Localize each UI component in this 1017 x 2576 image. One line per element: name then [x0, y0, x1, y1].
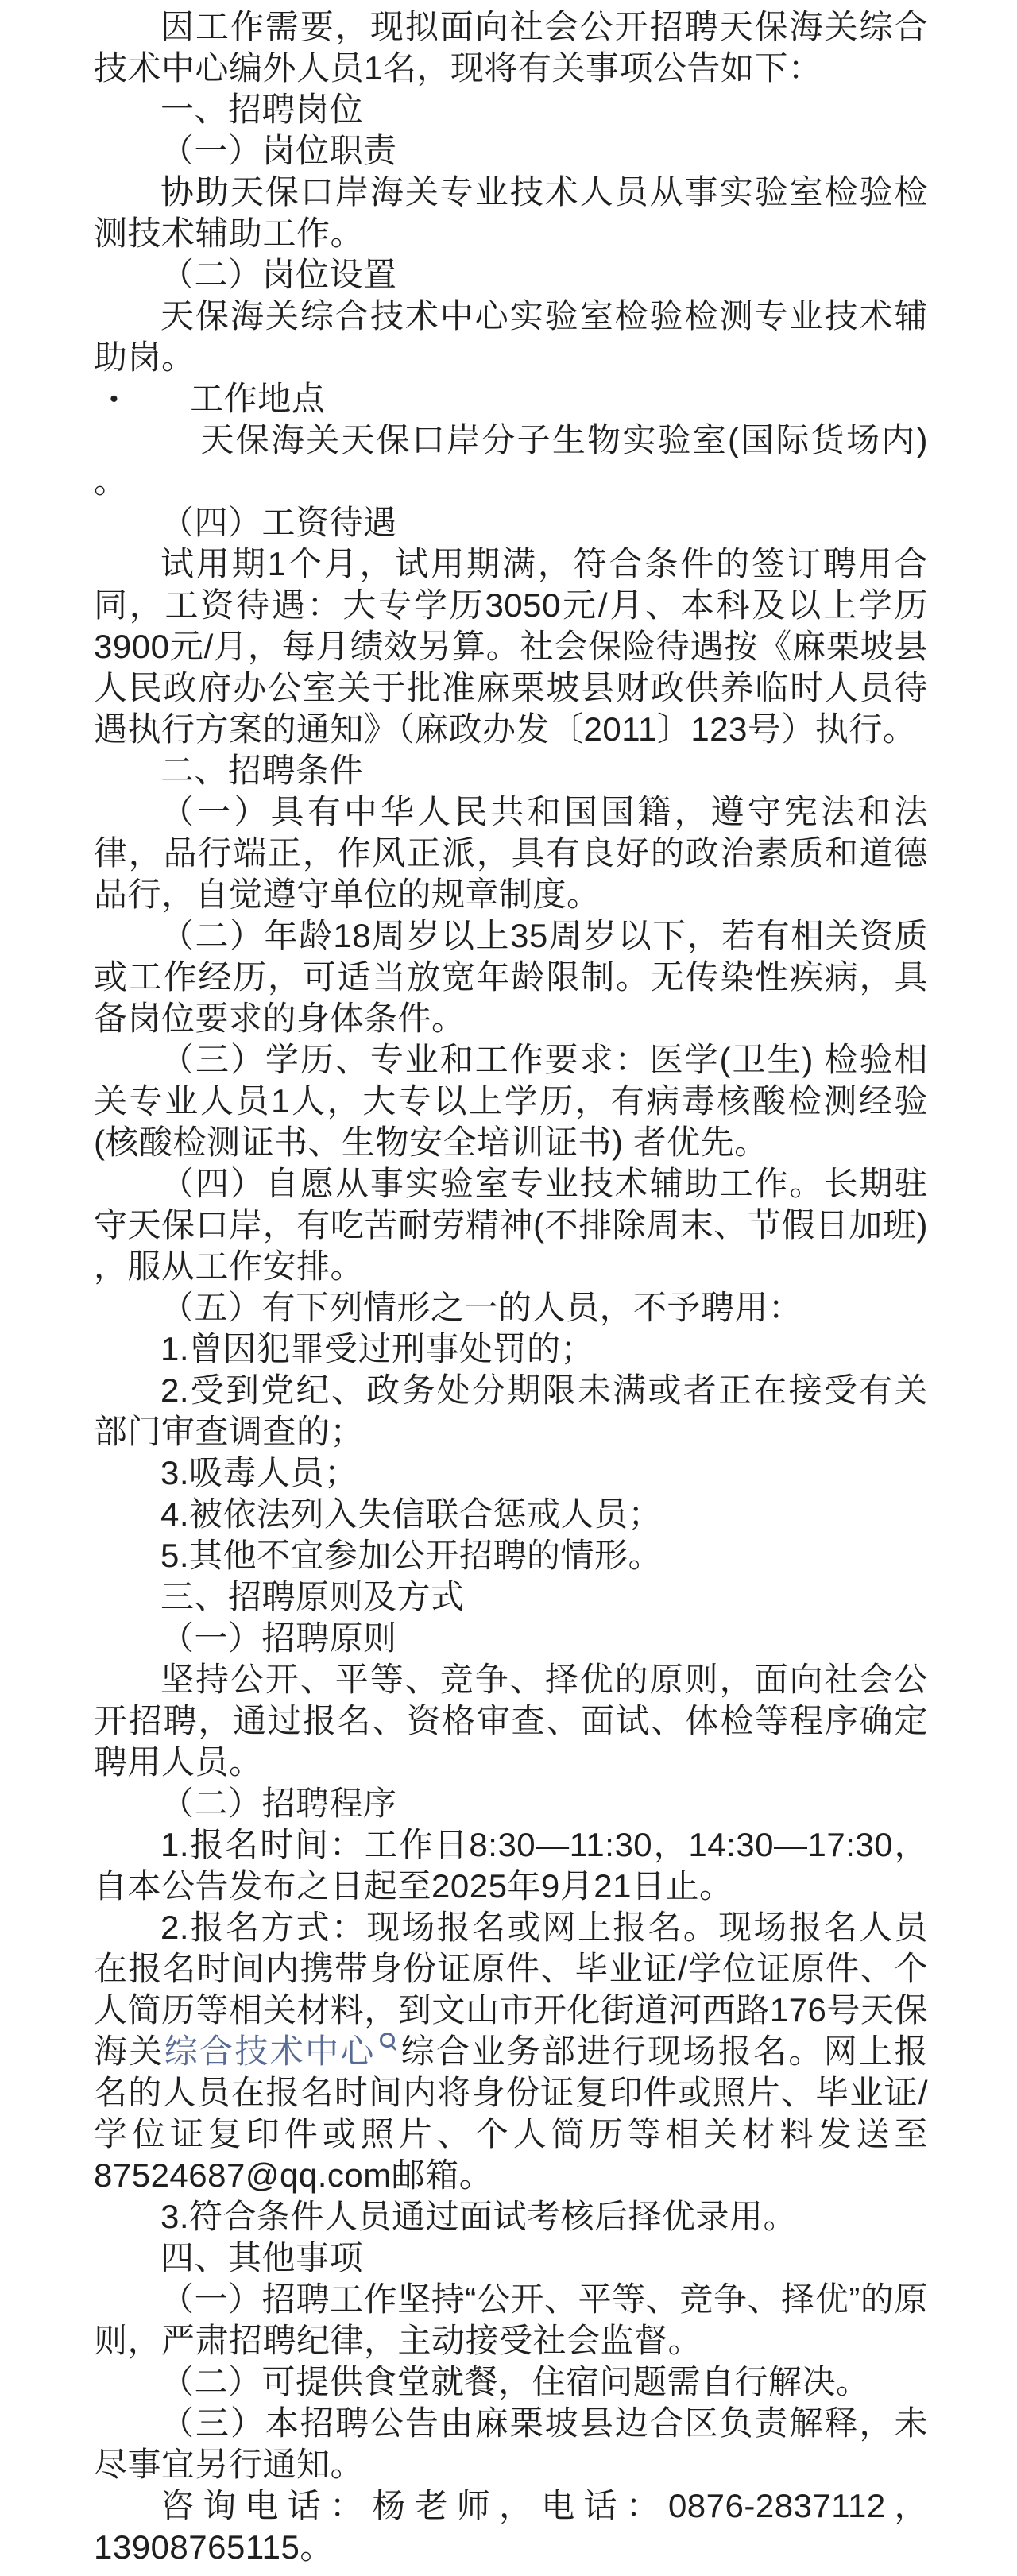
sub-heading: （二）岗位设置 — [94, 254, 928, 296]
paragraph: 天保海关综合技术中心实验室检验检测专业技术辅助岗。 — [94, 296, 928, 378]
intro-paragraph: 因工作需要，现拟面向社会公开招聘天保海关综合技术中心编外人员1名，现将有关事项公… — [94, 6, 928, 89]
tech-center-link[interactable]: 综合技术中心 — [164, 2033, 376, 2070]
list-item: 1.曾因犯罪受过刑事处罚的； — [94, 1329, 928, 1370]
bullet-item-work-location: •工作地点 — [94, 378, 928, 420]
document-body: 因工作需要，现拟面向社会公开招聘天保海关综合技术中心编外人员1名，现将有关事项公… — [0, 0, 1017, 2576]
list-item-with-link: 2.报名方式：现场报名或网上报名。现场报名人员在报名时间内携带身份证原件、毕业证… — [94, 1907, 928, 2196]
list-item: 3.吸毒人员； — [94, 1452, 928, 1494]
paragraph: （一）招聘工作坚持“公开、平等、竞争、择优”的原则，严肃招聘纪律，主动接受社会监… — [94, 2279, 928, 2361]
sub-heading: （一）岗位职责 — [94, 130, 928, 172]
list-item: 4.被依法列入失信联合惩戒人员； — [94, 1494, 928, 1535]
list-item: 5.其他不宜参加公开招聘的情形。 — [94, 1535, 928, 1576]
list-item: 2.受到党纪、政务处分期限未满或者正在接受有关部门审查调查的； — [94, 1370, 928, 1452]
paragraph: 坚持公开、平等、竞争、择优的原则，面向社会公开招聘，通过报名、资格审查、面试、体… — [94, 1659, 928, 1783]
paragraph: （三）学历、专业和工作要求：医学(卫生) 检验相关专业人员1人，大专以上学历，有… — [94, 1039, 928, 1163]
search-icon[interactable] — [380, 2033, 397, 2050]
contact-paragraph: 咨询电话：杨老师，电话：0876-2837112，13908765115。 — [94, 2485, 928, 2568]
paragraph: 试用期1个月，试用期满，符合条件的签订聘用合同，工资待遇：大专学历3050元/月… — [94, 543, 928, 750]
sub-heading: （一）招聘原则 — [94, 1618, 928, 1659]
section-heading-2: 二、招聘条件 — [94, 750, 928, 791]
section-heading-1: 一、招聘岗位 — [94, 89, 928, 130]
paragraph: 天保海关天保口岸分子生物实验室(国际货场内) 。 — [94, 420, 928, 502]
paragraph: （二）可提供食堂就餐，住宿问题需自行解决。 — [94, 2361, 928, 2403]
list-item: 1.报名时间：工作日8:30—11:30，14:30—17:30，自本公告发布之… — [94, 1824, 928, 1907]
bullet-label: 工作地点 — [190, 380, 325, 417]
section-heading-4: 四、其他事项 — [94, 2238, 928, 2279]
paragraph: （五）有下列情形之一的人员，不予聘用： — [94, 1287, 928, 1329]
paragraph: （二）年龄18周岁以上35周岁以下，若有相关资质或工作经历，可适当放宽年龄限制。… — [94, 915, 928, 1039]
paragraph: （四）自愿从事实验室专业技术辅助工作。长期驻守天保口岸，有吃苦耐劳精神(不排除周… — [94, 1163, 928, 1287]
section-heading-3: 三、招聘原则及方式 — [94, 1576, 928, 1618]
sub-heading: （二）招聘程序 — [94, 1783, 928, 1824]
paragraph: 协助天保口岸海关专业技术人员从事实验室检验检测技术辅助工作。 — [94, 172, 928, 254]
list-item: 3.符合条件人员通过面试考核后择优录用。 — [94, 2196, 928, 2238]
paragraph: （三）本招聘公告由麻栗坡县边合区负责解释，未尽事宜另行通知。 — [94, 2403, 928, 2485]
sub-heading: （四）工资待遇 — [94, 502, 928, 543]
paragraph: （一）具有中华人民共和国国籍，遵守宪法和法律，品行端正，作风正派，具有良好的政治… — [94, 791, 928, 915]
bullet-icon: • — [110, 384, 118, 413]
